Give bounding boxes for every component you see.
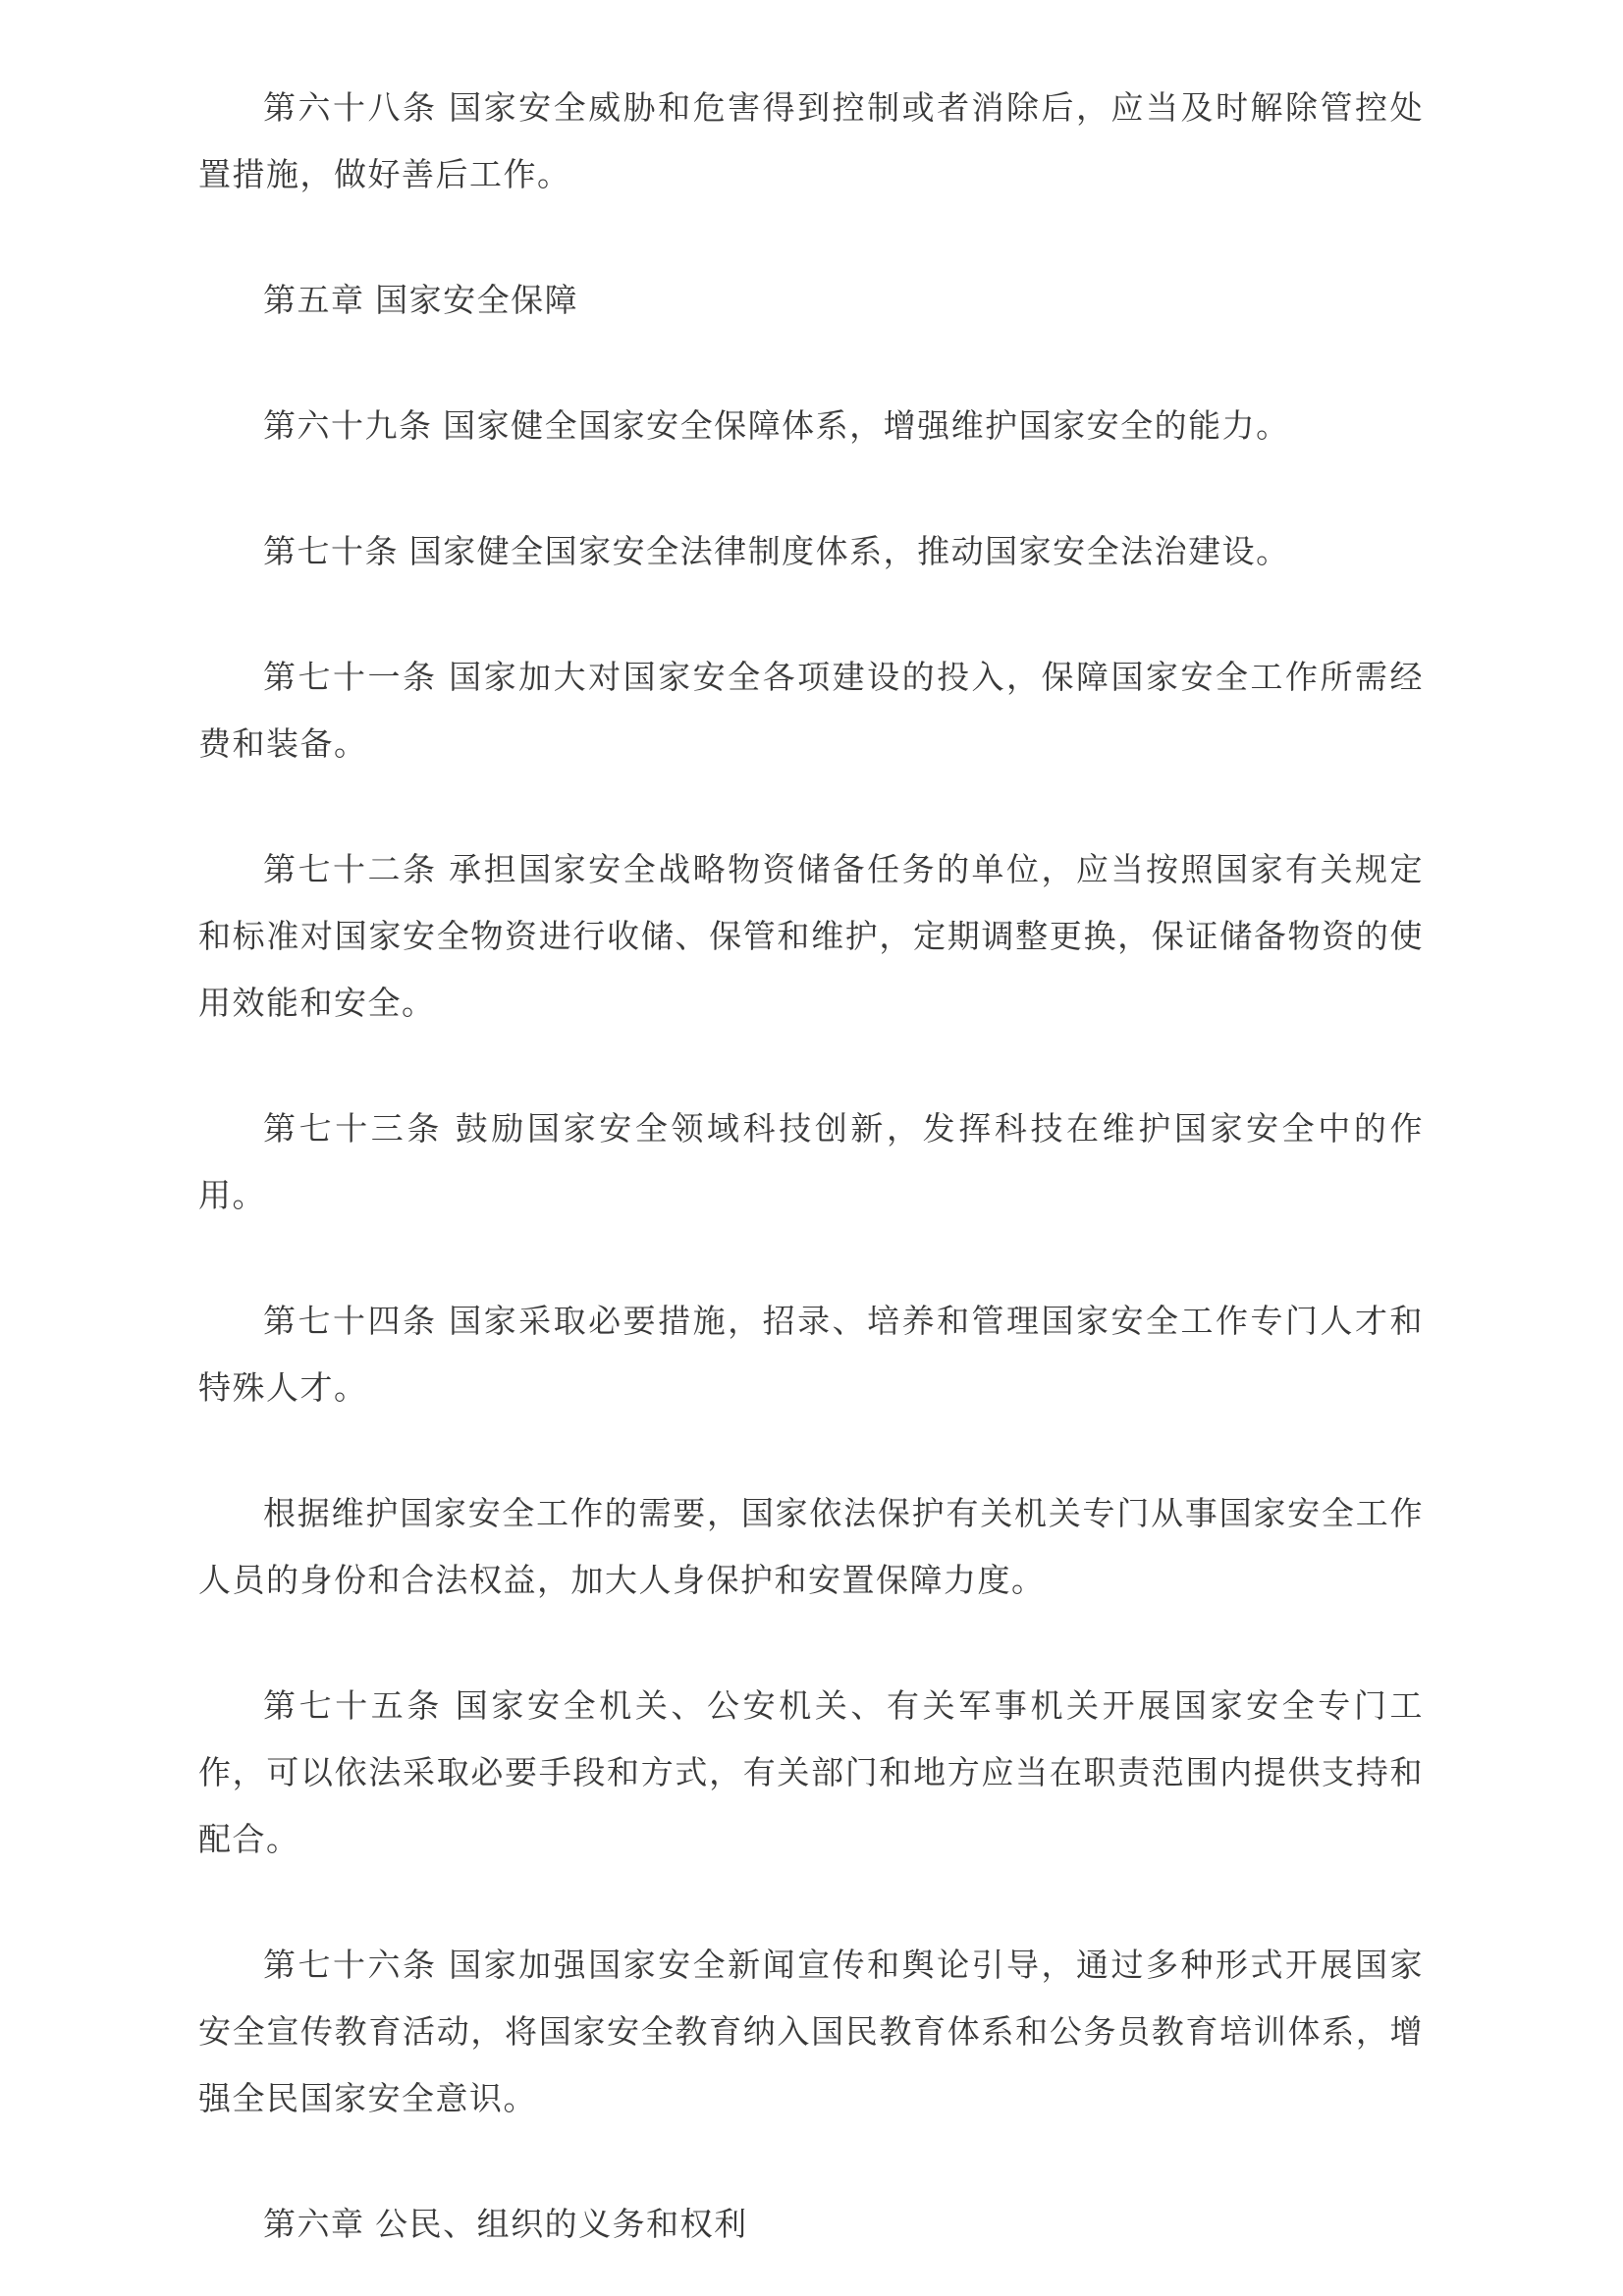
chapter-heading-6: 第六章 公民、组织的义务和权利 <box>198 2191 1424 2258</box>
article-paragraph-75: 第七十五条 国家安全机关、公安机关、有关军事机关开展国家安全专门工作，可以依法采… <box>198 1673 1424 1873</box>
article-paragraph-74-continuation: 根据维护国家安全工作的需要，国家依法保护有关机关专门从事国家安全工作人员的身份和… <box>198 1480 1424 1614</box>
article-paragraph-72: 第七十二条 承担国家安全战略物资储备任务的单位，应当按照国家有关规定和标准对国家… <box>198 836 1424 1037</box>
chapter-heading-5: 第五章 国家安全保障 <box>198 267 1424 334</box>
article-paragraph-70: 第七十条 国家健全国家安全法律制度体系，推动国家安全法治建设。 <box>198 518 1424 585</box>
article-paragraph-76: 第七十六条 国家加强国家安全新闻宣传和舆论引导，通过多种形式开展国家安全宣传教育… <box>198 1932 1424 2132</box>
article-paragraph-71: 第七十一条 国家加大对国家安全各项建设的投入，保障国家安全工作所需经费和装备。 <box>198 644 1424 777</box>
article-paragraph-69: 第六十九条 国家健全国家安全保障体系，增强维护国家安全的能力。 <box>198 393 1424 459</box>
document-page: 第六十八条 国家安全威胁和危害得到控制或者消除后，应当及时解除管控处置措施，做好… <box>198 0 1424 2258</box>
article-paragraph-68: 第六十八条 国家安全威胁和危害得到控制或者消除后，应当及时解除管控处置措施，做好… <box>198 75 1424 208</box>
article-paragraph-73: 第七十三条 鼓励国家安全领域科技创新，发挥科技在维护国家安全中的作用。 <box>198 1095 1424 1229</box>
article-paragraph-74: 第七十四条 国家采取必要措施，招录、培养和管理国家安全工作专门人才和特殊人才。 <box>198 1288 1424 1421</box>
